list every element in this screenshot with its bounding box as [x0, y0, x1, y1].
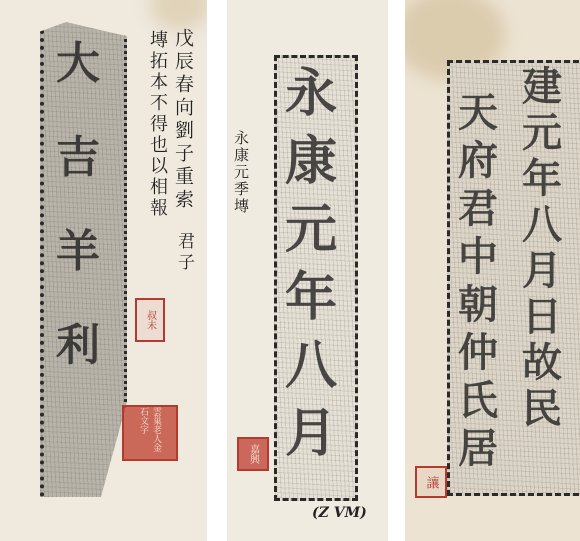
bottom-brush-mark: (Z VM): [312, 505, 367, 521]
inscription-column: 永康元季塼: [231, 130, 252, 215]
middle-rubbing-panel: 永 康 元 年 八 月 永康元季塼 嘉興 (Z VM): [227, 0, 388, 541]
rubbing-column-1: 建 元 年 八 月 日 故 民: [522, 67, 562, 429]
seal-solid: 嘉興: [237, 437, 269, 471]
brick-rubbing-right: 建 元 年 八 月 日 故 民 天 府 君 中 朝 仲 氏 居: [447, 60, 580, 496]
brick-rubbing-left: 大 吉 羊 利: [40, 22, 127, 497]
left-rubbing-panel: 大 吉 羊 利 戊辰春向劉子重索 君子 塼拓本不得也以相報 叔未 雲巢老人金石文…: [0, 0, 207, 541]
rubbing-column-2: 天 府 君 中 朝 仲 氏 居: [458, 93, 498, 469]
rubbing-glyphs: 永 康 元 年 八 月: [285, 68, 337, 460]
seal-solid: 雲巢老人金石文字: [122, 405, 178, 461]
brick-rubbing-middle: 永 康 元 年 八 月: [274, 55, 358, 501]
seal-outline: 讓: [415, 466, 447, 498]
inscription-column-1: 戊辰春向劉子重索: [170, 28, 197, 212]
paper-stain: [150, 0, 207, 30]
rubbing-glyphs: 大 吉 羊 利: [56, 42, 100, 368]
seal-outline: 叔未: [135, 298, 165, 342]
inscription-column-1-tail: 君子: [172, 232, 197, 274]
inscription-column-2: 塼拓本不得也以相報: [144, 30, 170, 219]
right-rubbing-panel: 建 元 年 八 月 日 故 民 天 府 君 中 朝 仲 氏 居 讓: [405, 0, 580, 541]
